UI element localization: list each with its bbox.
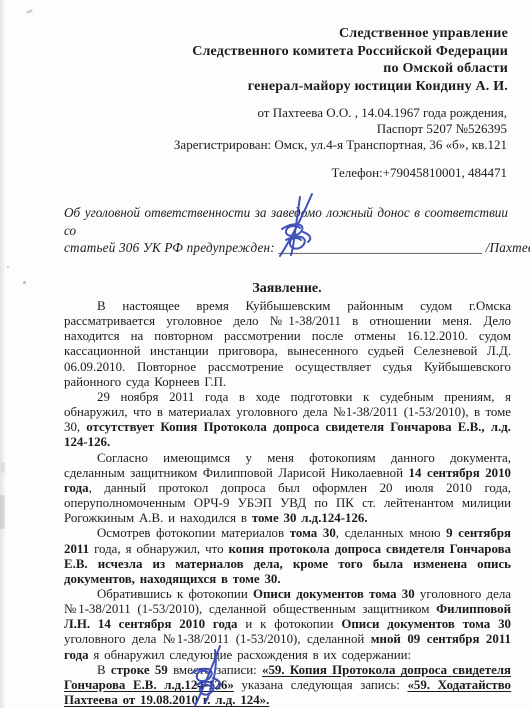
addressee-line: Следственного комитета Российской Федера… bbox=[60, 43, 508, 61]
scanned-statement-page: Следственное управление Следственного ко… bbox=[0, 0, 530, 708]
scan-artifact bbox=[7, 266, 9, 268]
sender-passport-line: Паспорт 5207 №526395 bbox=[60, 121, 507, 137]
scan-artifact bbox=[1, 462, 5, 473]
scan-artifact bbox=[0, 495, 5, 529]
addressee-line: генерал-майору юстиции Кондину А. И. bbox=[60, 78, 508, 96]
paragraph-6: В строке 59 вместо записи: «59. Копия Пр… bbox=[64, 663, 511, 708]
statement-body: В настоящее время Куйбышевским районным … bbox=[64, 299, 511, 708]
scan-artifact bbox=[26, 9, 34, 14]
addressee-block: Следственное управление Следственного ко… bbox=[60, 25, 508, 95]
document-title: Заявление. bbox=[64, 281, 510, 297]
addressee-line: Следственное управление bbox=[60, 25, 508, 43]
sender-name-line: от Пахтеева О.О. , 14.04.1967 года рожде… bbox=[60, 105, 507, 121]
warning-line-1: Об уголовной ответственности за заведомо… bbox=[64, 204, 508, 239]
paragraph-5: Обратившись к фотокопии Описи документов… bbox=[64, 587, 511, 663]
sender-phone-line: Телефон:+79045810001, 484471 bbox=[60, 165, 507, 181]
addressee-line: по Омской области bbox=[60, 60, 508, 78]
liability-warning: Об уголовной ответственности за заведомо… bbox=[64, 204, 508, 257]
paragraph-4: Осмотрев фотокопии материалов тома 30, с… bbox=[64, 526, 511, 587]
scan-artifact bbox=[23, 281, 26, 284]
paragraph-1: В настоящее время Куйбышевским районным … bbox=[64, 299, 511, 390]
warning-line-2: статьей 306 УК РФ предупрежден: ________… bbox=[64, 239, 508, 257]
paragraph-3: Согласно имеющимся у меня фотокопиям дан… bbox=[64, 451, 511, 527]
paragraph-2: 29 ноября 2011 года в ходе подготовки к … bbox=[64, 390, 511, 451]
sender-block: от Пахтеева О.О. , 14.04.1967 года рожде… bbox=[60, 105, 507, 181]
sender-address-line: Зарегистрирован: Омск, ул.4-я Транспортн… bbox=[60, 137, 507, 153]
